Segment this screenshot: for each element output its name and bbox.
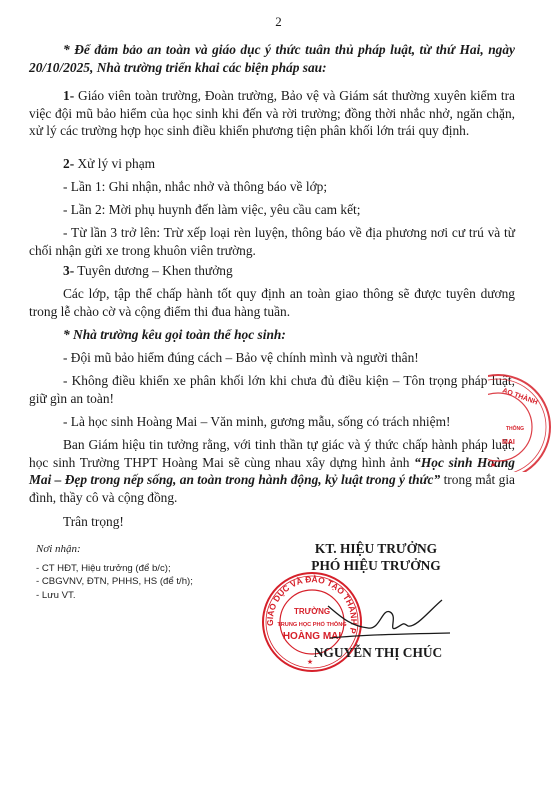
section-3-label: 3-	[63, 263, 74, 278]
violation-item: - Lần 1: Ghi nhận, nhắc nhở và thông báo…	[29, 178, 515, 196]
appeal-title: * Nhà trường kêu gọi toàn thể học sinh:	[29, 326, 515, 344]
recipients-list: Nơi nhận: - CT HĐT, Hiệu trưởng (để b/c)…	[36, 543, 193, 602]
section-3-heading: 3- Tuyên dương – Khen thưởng	[29, 262, 515, 280]
appeal-item-3: - Là học sinh Hoàng Mai – Văn minh, gươn…	[29, 413, 515, 431]
page-number: 2	[0, 14, 557, 30]
section-3-title: Tuyên dương – Khen thưởng	[74, 263, 233, 278]
svg-text:MAI: MAI	[502, 439, 515, 446]
signature-icon	[300, 598, 450, 648]
svg-text:★: ★	[490, 461, 496, 469]
section-2-label: 2-	[63, 156, 74, 171]
appeal-item-2: - Không điều khiển xe phân khối lớn khi …	[29, 372, 515, 407]
recipient-item: - Lưu VT.	[36, 589, 193, 603]
section-2-heading: 2- Xử lý vi phạm	[29, 155, 515, 173]
regards: Trân trọng!	[29, 513, 515, 531]
recipient-item: - CBGVNV, ĐTN, PHHS, HS (để t/h);	[36, 575, 193, 589]
appeal-item: - Không điều khiển xe phân khối lớn khi …	[29, 372, 515, 407]
section-2-item-1: - Lần 1: Ghi nhận, nhắc nhở và thông báo…	[29, 178, 515, 196]
violation-item: - Từ lần 3 trở lên: Trừ xếp loại rèn luy…	[29, 224, 515, 259]
violation-item: - Lần 2: Mời phụ huynh đến làm việc, yêu…	[29, 201, 515, 219]
appeal-item: - Là học sinh Hoàng Mai – Văn minh, gươn…	[29, 413, 515, 431]
signer-name: NGUYỄN THỊ CHÚC	[296, 645, 460, 661]
section-2-title: Xử lý vi phạm	[74, 156, 155, 171]
regards-block: Trân trọng!	[29, 513, 515, 531]
svg-text:THÔNG: THÔNG	[506, 424, 524, 432]
section-2-item-2: - Lần 2: Mời phụ huynh đến làm việc, yêu…	[29, 201, 515, 219]
intro-paragraph: * Để đảm bảo an toàn và giáo dục ý thức …	[29, 41, 515, 76]
section-3-text-block: Các lớp, tập thể chấp hành tốt quy định …	[29, 285, 515, 320]
section-2-item-3: - Từ lần 3 trở lên: Trừ xếp loại rèn luy…	[29, 224, 515, 259]
recipient-item: - CT HĐT, Hiệu trưởng (để b/c);	[36, 562, 193, 576]
intro-text: * Để đảm bảo an toàn và giáo dục ý thức …	[29, 41, 515, 76]
recipients-title: Nơi nhận:	[36, 543, 193, 557]
partial-stamp-icon: AO THÀNH MAI THÔNG ★	[488, 372, 557, 472]
signature-title-1: KT. HIỆU TRƯỞNG	[294, 540, 458, 557]
appeal-item: - Đội mũ bảo hiểm đúng cách – Bảo vệ chí…	[29, 349, 515, 367]
closing-paragraph: Ban Giám hiệu tin tưởng rằng, với tinh t…	[29, 436, 515, 506]
section-1: 1- Giáo viên toàn trường, Đoàn trường, B…	[29, 87, 515, 140]
section-1-text: Giáo viên toàn trường, Đoàn trường, Bảo …	[29, 88, 515, 138]
section-1-label: 1-	[63, 88, 74, 103]
appeal-heading: * Nhà trường kêu gọi toàn thể học sinh:	[29, 326, 515, 344]
appeal-item-1: - Đội mũ bảo hiểm đúng cách – Bảo vệ chí…	[29, 349, 515, 367]
section-3-text: Các lớp, tập thể chấp hành tốt quy định …	[29, 285, 515, 320]
